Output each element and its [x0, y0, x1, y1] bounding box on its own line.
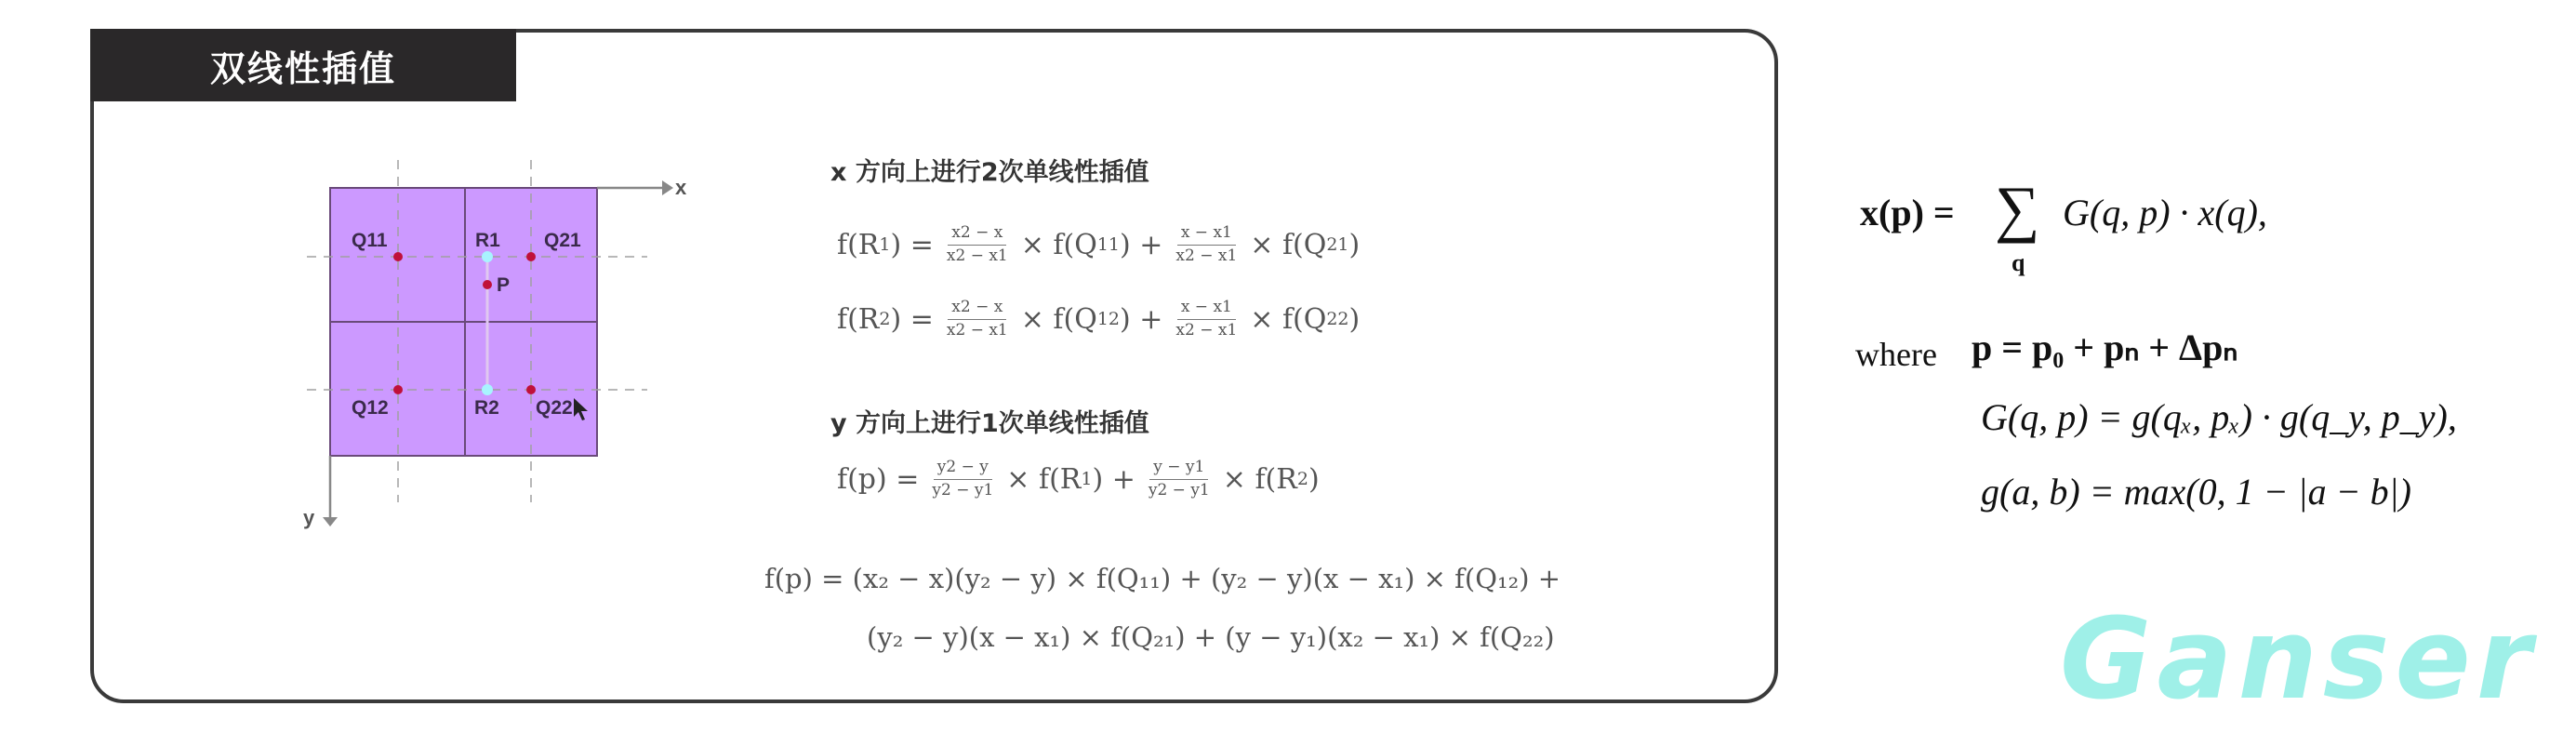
- g-definition: g(a, b) = max(0, 1 − |a − b|): [1981, 470, 2411, 513]
- point-q22: [526, 385, 536, 394]
- bilinear-grid-diagram: Q11 R1 Q21 P Q12 R2 Q22 x y: [279, 149, 707, 549]
- label-q12: Q12: [352, 397, 389, 419]
- formula-f-r2: f(R2) = x2 − xx2 − x1 × f(Q12) + x − x1x…: [837, 296, 1360, 342]
- point-q11: [393, 252, 403, 261]
- sum-rhs: G(q, p) · x(q),: [2063, 191, 2267, 234]
- panel-title: 双线性插值: [90, 29, 516, 101]
- label-r1: R1: [475, 230, 500, 251]
- y-direction-heading: y 方向上进行1次单线性插值: [830, 403, 1149, 439]
- x-direction-heading: x 方向上进行2次单线性插值: [830, 152, 1149, 188]
- label-r2: R2: [474, 397, 499, 419]
- label-q21: Q21: [544, 230, 581, 251]
- point-r2: [482, 384, 493, 395]
- label-p: P: [497, 274, 510, 296]
- combined-formula-line-1: f(p) = (x₂ − x)(y₂ − y) × f(Q₁₁) + (y₂ −…: [764, 563, 1560, 594]
- sum-index: q: [2012, 249, 2025, 277]
- combined-formula-line-2: (y₂ − y)(x − x₁) × f(Q₂₁) + (y − y₁)(x₂ …: [867, 621, 1555, 653]
- G-definition: G(q, p) = g(qₓ, pₓ) · g(q_y, p_y),: [1981, 395, 2457, 439]
- x-axis-label: x: [675, 176, 687, 199]
- where-label: where: [1855, 335, 1937, 374]
- point-q21: [526, 252, 536, 261]
- point-p: [483, 280, 492, 289]
- p-definition: p = p₀ + pₙ + Δpₙ: [1972, 326, 2237, 369]
- formula-f-p-y: f(p) = y2 − yy2 − y1 × f(R1) + y − y1y2 …: [837, 456, 1320, 502]
- label-q11: Q11: [352, 230, 388, 251]
- y-axis-label: y: [303, 506, 315, 529]
- sum-symbol: ∑: [1995, 172, 2039, 246]
- formula-f-r1: f(R1) = x2 − xx2 − x1 × f(Q11) + x − x1x…: [837, 221, 1360, 268]
- y-axis-arrow-icon: [323, 517, 338, 526]
- x-axis-arrow-icon: [662, 180, 673, 195]
- sampling-sum-formula: x(p) =: [1860, 191, 1955, 234]
- label-q22: Q22: [536, 397, 573, 419]
- watermark-text: Ganser: [2060, 595, 2537, 725]
- point-r1: [482, 251, 493, 262]
- point-q12: [393, 385, 403, 394]
